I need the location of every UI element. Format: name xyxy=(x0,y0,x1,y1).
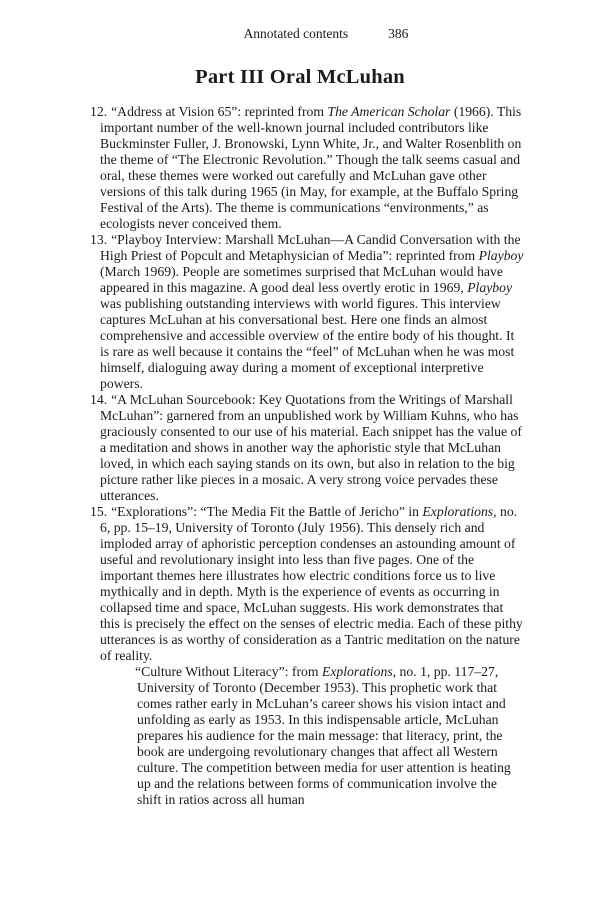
entry-15: 15.“Explorations”: “The Media Fit the Ba… xyxy=(90,504,524,664)
entry-14: 14.“A McLuhan Sourcebook: Key Quotations… xyxy=(90,392,524,504)
page-number: 386 xyxy=(388,26,408,41)
entry-13: 13.“Playboy Interview: Marshall McLuhan—… xyxy=(90,232,524,392)
entry-15-number: 15. xyxy=(90,504,107,519)
book-page: Annotated contents386 Part III Oral McLu… xyxy=(0,0,600,900)
entry-12: 12.“Address at Vision 65”: reprinted fro… xyxy=(90,104,524,232)
entry-14-number: 14. xyxy=(90,392,107,407)
part-title: Part III Oral McLuhan xyxy=(0,65,600,89)
entry-14-text: “A McLuhan Sourcebook: Key Quotations fr… xyxy=(100,392,522,503)
entry-13-number: 13. xyxy=(90,232,107,247)
annotated-contents-list: 12.“Address at Vision 65”: reprinted fro… xyxy=(0,104,600,808)
entry-15-text: “Explorations”: “The Media Fit the Battl… xyxy=(100,504,523,663)
entry-13-text: “Playboy Interview: Marshall McLuhan—A C… xyxy=(100,232,523,391)
subentry-culture-without-literacy: “Culture Without Literacy”: from Explora… xyxy=(90,664,524,808)
entry-12-text: “Address at Vision 65”: reprinted from T… xyxy=(100,104,521,231)
subentry-text: “Culture Without Literacy”: from Explora… xyxy=(135,664,511,807)
entry-12-number: 12. xyxy=(90,104,107,119)
running-head: Annotated contents386 xyxy=(26,0,600,41)
running-head-title: Annotated contents xyxy=(244,26,349,41)
